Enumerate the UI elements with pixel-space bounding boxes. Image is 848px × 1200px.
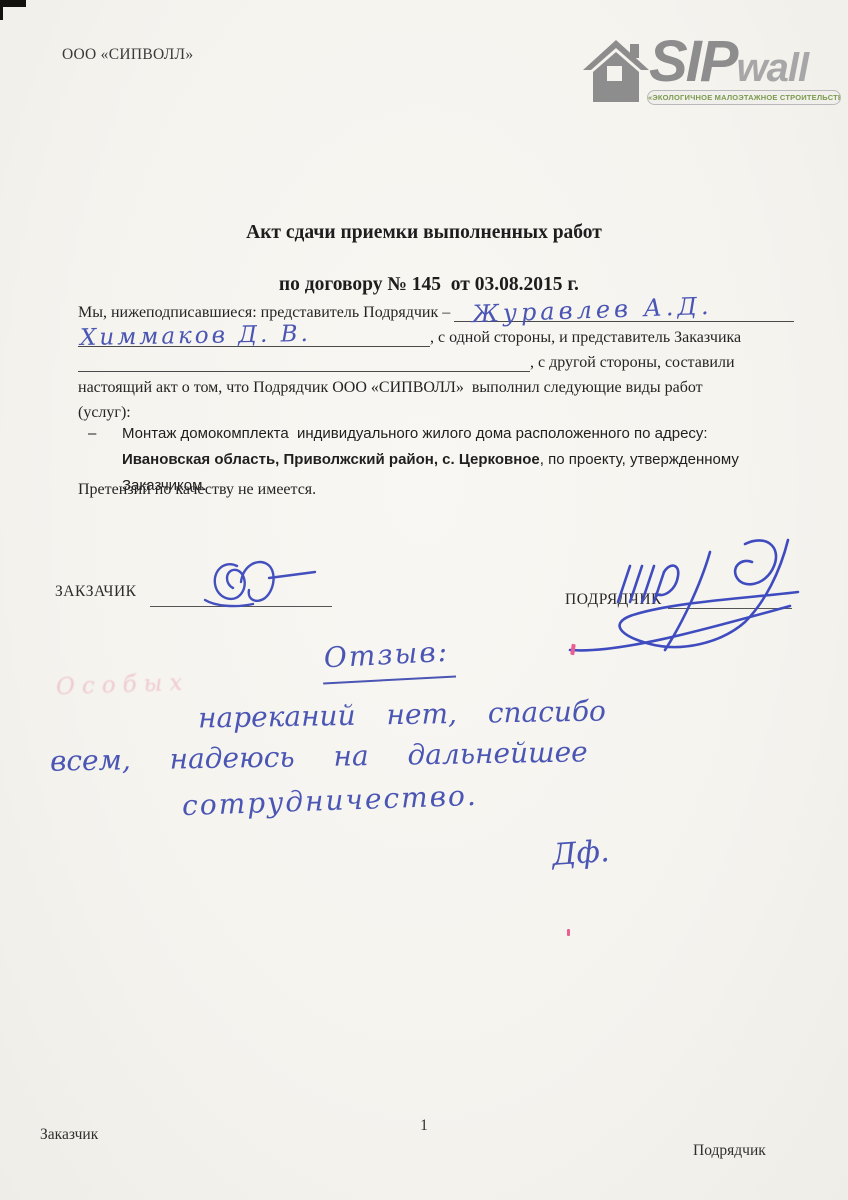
bullet-address-bold: Ивановская область, Приволжский район, с…	[122, 451, 540, 468]
title-line1: Акт сдачи приемки выполненных работ	[246, 222, 602, 243]
handwritten-contractor-name-2: Химмаков Д. В.	[80, 321, 311, 351]
logo-wall-text: wall	[737, 46, 809, 90]
review-initials-signature: Дф.	[551, 834, 611, 873]
intro-text: Мы, нижеподписавшиеся: представитель Под…	[78, 304, 454, 322]
after-blank3-text: , с другой стороны, составили	[530, 354, 735, 372]
sipwall-logo: SIPwall «ЭКОЛОГИЧНОЕ МАЛОЭТАЖНОЕ СТРОИТЕ…	[583, 34, 839, 118]
review-line-1: нареканий нет, спасибо	[198, 694, 606, 734]
customer-signature	[185, 548, 360, 618]
page-number: 1	[0, 1117, 848, 1135]
customer-signature-line	[150, 605, 332, 607]
contractor-signature-line	[668, 607, 792, 609]
house-icon	[583, 40, 649, 102]
footer-contractor: Подрядчик	[693, 1142, 766, 1160]
company-name: ООО «СИПВОЛЛ»	[62, 46, 193, 64]
review-line-3: сотрудничество.	[182, 779, 479, 822]
contractor-label: ПОДРЯДЧИК	[565, 591, 662, 609]
scan-corner-artifact	[0, 0, 26, 7]
pink-ink-fleck	[570, 644, 575, 655]
bullet-part1: Монтаж домокомплекта индивидуального жил…	[122, 425, 716, 442]
title-line2: по договору № 145 от 03.08.2015 г.	[279, 274, 579, 295]
no-claims-text: Претензий по качеству не имеется.	[78, 481, 316, 499]
paragraph-line-5: (услуг):	[78, 397, 794, 422]
logo-sip-text: SIP	[649, 29, 737, 94]
review-line-2: всем, надеюсь на дальнейшее	[50, 735, 588, 777]
paragraph-line-2: Химмаков Д. В. , с одной стороны, и пред…	[78, 322, 794, 347]
line4-text: настоящий акт о том, что Подрядчик ООО «…	[78, 379, 703, 397]
paragraph-line-4: настоящий акт о том, что Подрядчик ООО «…	[78, 372, 794, 397]
paragraph-line-3: , с другой стороны, составили	[78, 347, 794, 372]
blank-line-1: Журавлев А.Д.	[454, 301, 794, 322]
document-title: Акт сдачи приемки выполненных работ по д…	[0, 220, 848, 298]
scan-corner-artifact-vertical	[0, 0, 3, 20]
ghost-stamp-text: Особых	[56, 670, 190, 701]
paragraph-line-1: Мы, нижеподписавшиеся: представитель Под…	[78, 297, 794, 322]
scanned-document-page: ООО «СИПВОЛЛ» SIPwall «ЭКОЛОГИЧНОЕ МАЛОЭ…	[0, 0, 848, 1200]
body-paragraph: Мы, нижеподписавшиеся: представитель Под…	[78, 297, 794, 422]
logo-tagline: «ЭКОЛОГИЧНОЕ МАЛОЭТАЖНОЕ СТРОИТЕЛЬСТВО»	[647, 90, 841, 105]
blank-line-2: Химмаков Д. В.	[78, 326, 430, 347]
review-heading: Отзыв:	[321, 635, 456, 685]
line5-text: (услуг):	[78, 404, 131, 422]
blank-line-3	[78, 351, 530, 372]
customer-label: ЗАКЗАЧИК	[55, 583, 137, 601]
pink-ink-fleck-small	[567, 929, 570, 936]
logo-wordmark: SIPwall	[649, 28, 808, 95]
